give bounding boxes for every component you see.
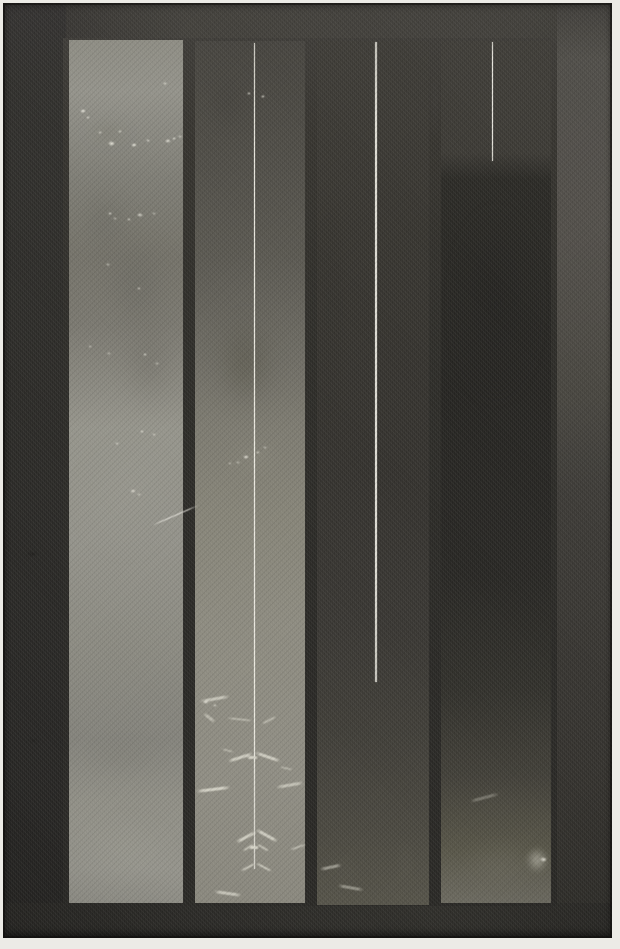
trace-line-2 [375,42,377,682]
bright-speck [243,455,249,459]
scanned-page [0,0,620,949]
trace-line-1 [254,43,256,869]
bright-speck [165,139,171,143]
tonal-patch [26,739,41,742]
tonal-patch [443,175,549,435]
tonal-patch [113,292,185,424]
bright-speck [137,213,143,217]
region-top-margin [3,3,612,40]
trace-line-3 [492,42,494,161]
tonal-patch [68,733,184,779]
tonal-patch [352,765,404,827]
region-right-margin [557,3,612,938]
bright-speck [540,857,547,862]
tonal-patch [447,833,549,903]
region-bottom-margin [3,903,612,938]
tonal-patch [320,845,368,899]
tonal-patch [429,42,441,160]
tonal-patch [198,56,256,144]
discharge-streak [247,756,258,759]
tonal-patch [398,823,412,905]
tonal-patch [317,150,339,470]
region-left-margin [3,3,66,938]
tonal-patch [70,428,182,568]
bright-speck [80,109,86,113]
tonal-patch [206,298,284,426]
photographic-plate [3,3,612,938]
discharge-streak [249,846,259,849]
bright-speck [130,489,136,493]
tonal-patch [70,813,182,885]
tonal-patch [199,635,303,697]
bright-speck [108,141,115,146]
bright-speck [131,143,137,147]
film-strip-4 [441,41,551,903]
tonal-patch [462,778,534,840]
tonal-patch [24,552,41,556]
